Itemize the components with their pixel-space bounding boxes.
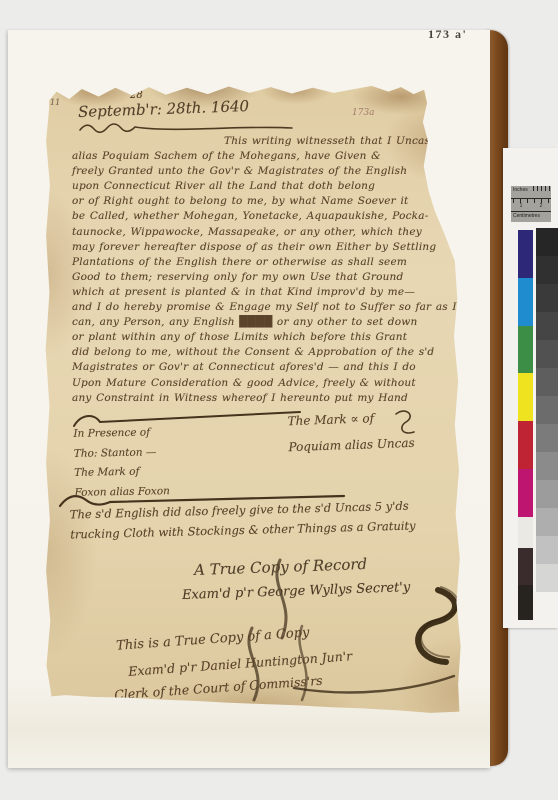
witness-line: Foxon alias Foxon — [74, 482, 170, 503]
grayscale-step-1 — [536, 228, 558, 256]
signature-name-line: Poquiam alias Uncas — [288, 430, 415, 460]
ruler-centimetres-label: Centimetres — [511, 212, 551, 219]
body-line: Plantations of the English there or othe… — [72, 255, 456, 270]
calibration-card: Inches 1 2 Centimetres — [503, 148, 558, 628]
witness-line: The Mark of — [74, 462, 170, 483]
body-line: can, any Person, any English ████ or any… — [72, 315, 456, 330]
color-patch-black — [518, 585, 533, 620]
body-line: Upon Mature Consideration & good Advice,… — [72, 376, 456, 391]
uncas-signature-block: The Mark ∝ of Poquiam alias Uncas — [287, 404, 415, 460]
ruler-inches-label: Inches — [513, 187, 528, 193]
color-patch-column — [518, 230, 533, 620]
color-patch-dark-brown — [518, 548, 533, 585]
ruler-number-1: 1 — [520, 203, 523, 209]
grayscale-step-10 — [536, 480, 558, 508]
body-line: may forever hereafter dispose of as thei… — [72, 240, 456, 255]
body-line: This writing witnesseth that I Uncas — [72, 134, 456, 149]
ruler-numbers: 1 2 — [511, 203, 551, 209]
grayscale-step-6 — [536, 368, 558, 396]
deed-body-text: This writing witnesseth that I Uncas ali… — [72, 134, 456, 406]
grayscale-step-12 — [536, 536, 558, 564]
color-patch-magenta — [518, 469, 533, 517]
body-line: freely Granted unto the Gov'r & Magistra… — [72, 164, 456, 179]
ruler-number-2: 2 — [540, 203, 543, 209]
margin-number: 11 — [50, 98, 60, 107]
body-line: which at present is planted & in that Ki… — [72, 285, 456, 300]
ruler-inches-row: Inches — [511, 186, 551, 199]
ruler-scale: Inches 1 2 Centimetres — [511, 186, 551, 222]
body-line: alias Poquiam Sachem of the Mohegans, ha… — [72, 149, 456, 164]
flourish-wyllys-swash — [418, 590, 455, 662]
witness-block: In Presence of Tho: Stanton — The Mark o… — [73, 423, 170, 503]
body-line: or plant within any of those Limits whic… — [72, 330, 456, 345]
grayscale-step-5 — [536, 340, 558, 368]
color-patch-green — [518, 326, 533, 373]
pencil-folio-note: 173a — [352, 108, 375, 118]
body-line: and I do hereby promise & Engage my Self… — [72, 300, 456, 315]
flourish-under-date — [80, 124, 292, 132]
grayscale-step-8 — [536, 424, 558, 452]
ruler-inch-ticks — [533, 186, 551, 191]
grayscale-step-4 — [536, 312, 558, 340]
ruler-cm-row: 1 2 — [511, 199, 551, 212]
grayscale-column — [536, 228, 558, 592]
color-patch-white — [518, 517, 533, 548]
grayscale-step-9 — [536, 452, 558, 480]
body-line: upon Connecticut River all the Land that… — [72, 179, 456, 194]
photograph-of-bound-manuscript: 173 a' 11 28 Septemb'r: 28th. 1640 173a … — [0, 0, 558, 800]
grayscale-step-13 — [536, 564, 558, 592]
color-patch-cyan — [518, 278, 533, 326]
body-line: taunocke, Wippawocke, Massapeake, or any… — [72, 225, 456, 240]
color-patch-blue — [518, 230, 533, 278]
body-line: did belong to me, without the Consent & … — [72, 345, 456, 360]
manuscript-document: 11 28 Septemb'r: 28th. 1640 173a This wr… — [44, 84, 464, 716]
folio-stamp: 173 a' — [428, 27, 467, 42]
grayscale-step-3 — [536, 284, 558, 312]
witness-line: In Presence of — [73, 423, 169, 444]
body-line: Magistrates or Gov'r at Connecticut afor… — [72, 360, 456, 375]
body-line: be Called, whether Mohegan, Yonetacke, A… — [72, 209, 456, 224]
color-patch-yellow — [518, 373, 533, 421]
grayscale-step-11 — [536, 508, 558, 536]
color-patch-red — [518, 421, 533, 469]
witness-line: Tho: Stanton — — [74, 443, 170, 464]
grayscale-step-2 — [536, 256, 558, 284]
body-line: or of Right ought to belong to me, by wh… — [72, 194, 456, 209]
body-line: Good to them; reserving only for my own … — [72, 270, 456, 285]
grayscale-step-7 — [536, 396, 558, 424]
